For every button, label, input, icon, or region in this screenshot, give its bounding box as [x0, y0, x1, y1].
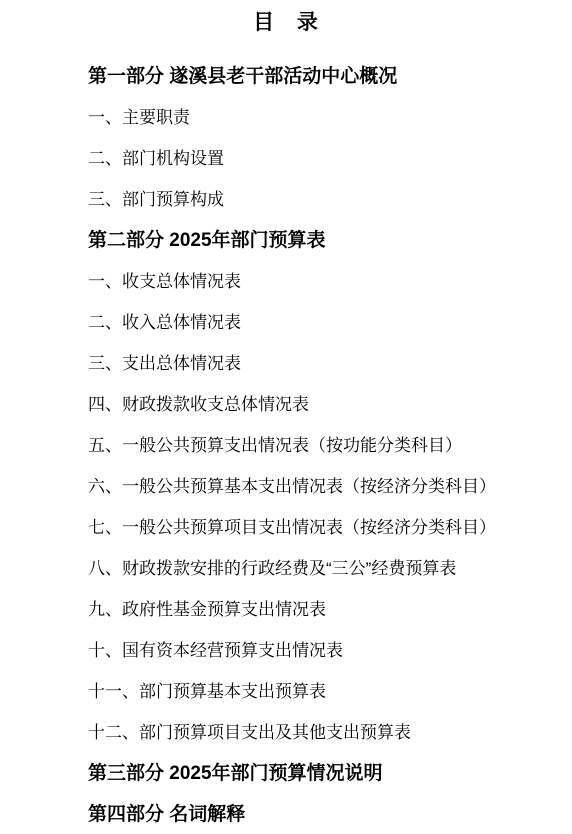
- toc-part-heading: 第一部分 遂溪县老干部活动中心概况: [88, 56, 552, 97]
- toc-item: 一、收支总体情况表: [88, 261, 552, 302]
- toc-item: 七、一般公共预算项目支出情况表（按经济分类科目）: [88, 507, 552, 548]
- toc-list: 第一部分 遂溪县老干部活动中心概况一、主要职责二、部门机构设置三、部门预算构成第…: [0, 56, 572, 834]
- toc-item: 三、部门预算构成: [88, 179, 552, 220]
- toc-item: 三、支出总体情况表: [88, 343, 552, 384]
- page-title: 目 录: [0, 10, 572, 36]
- toc-item: 六、一般公共预算基本支出情况表（按经济分类科目）: [88, 466, 552, 507]
- toc-part-heading: 第二部分 2025年部门预算表: [88, 220, 552, 261]
- document-page: 目 录 第一部分 遂溪县老干部活动中心概况一、主要职责二、部门机构设置三、部门预…: [0, 0, 572, 834]
- toc-item: 十、国有资本经营预算支出情况表: [88, 630, 552, 671]
- toc-item: 二、收入总体情况表: [88, 302, 552, 343]
- toc-part-heading: 第四部分 名词解释: [88, 794, 552, 834]
- toc-item: 九、政府性基金预算支出情况表: [88, 589, 552, 630]
- toc-item: 八、财政拨款安排的行政经费及“三公”经费预算表: [88, 548, 552, 589]
- toc-item: 一、主要职责: [88, 97, 552, 138]
- toc-item: 五、一般公共预算支出情况表（按功能分类科目）: [88, 425, 552, 466]
- toc-item: 十一、部门预算基本支出预算表: [88, 671, 552, 712]
- toc-item: 四、财政拨款收支总体情况表: [88, 384, 552, 425]
- toc-item: 十二、部门预算项目支出及其他支出预算表: [88, 712, 552, 753]
- toc-part-heading: 第三部分 2025年部门预算情况说明: [88, 753, 552, 794]
- toc-item: 二、部门机构设置: [88, 138, 552, 179]
